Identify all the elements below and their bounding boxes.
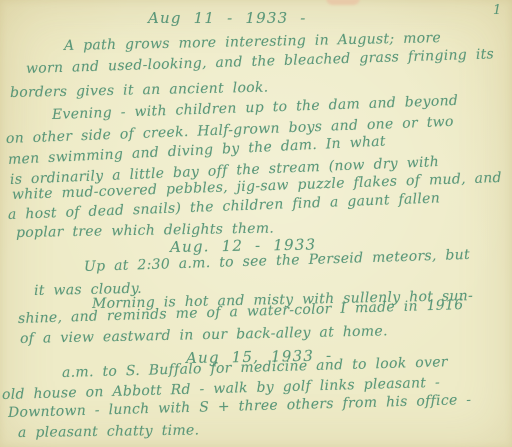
handwritten-line: borders gives it an ancient look. bbox=[10, 80, 269, 101]
page-number: 1 bbox=[493, 3, 501, 18]
handwritten-line: a pleasant chatty time. bbox=[18, 422, 200, 441]
handwritten-line: of a view eastward in our back-alley at … bbox=[20, 323, 388, 347]
journal-page-scan: 1 Aug 11 - 1933 - A path grows more inte… bbox=[0, 0, 512, 447]
paper-smudge bbox=[326, 0, 360, 5]
entry-date: Aug 11 - 1933 - bbox=[148, 9, 307, 27]
